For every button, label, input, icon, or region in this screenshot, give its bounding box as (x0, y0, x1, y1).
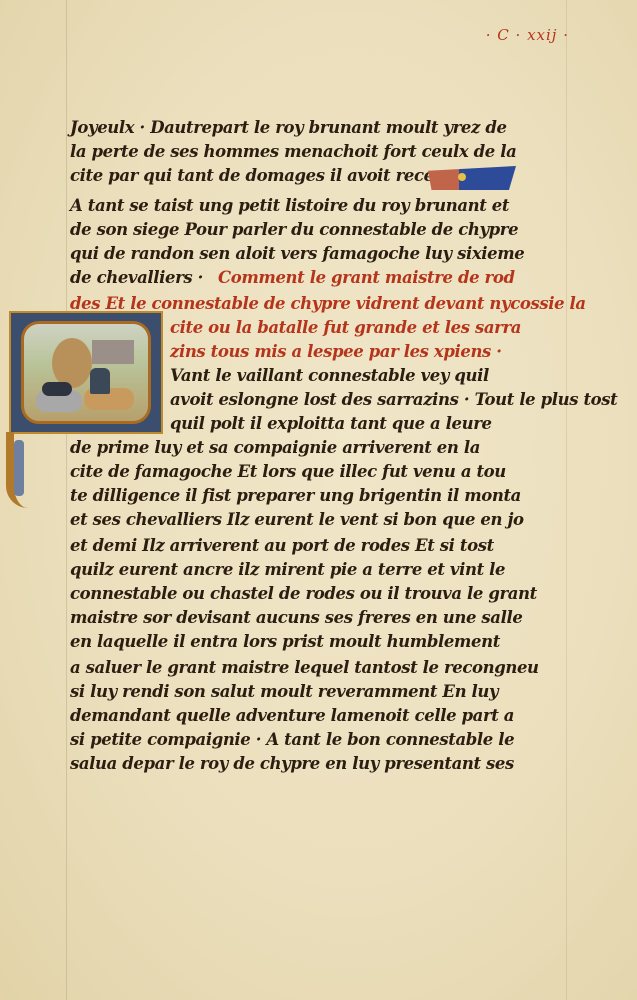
initial-flourish-blue (14, 440, 24, 496)
line-filler-dot (458, 173, 466, 181)
text-line: et ses chevalliers Ilz eurent le vent si… (70, 510, 524, 530)
initial-flourish-gold (6, 432, 46, 508)
historiated-initial (9, 311, 163, 434)
text-line: de son siege Pour parler du connestable … (70, 220, 518, 240)
text-line: connestable ou chastel de rodes ou il tr… (70, 584, 537, 604)
text-line: si petite compaignie · A tant le bon con… (70, 730, 514, 750)
tree-illustration (52, 338, 92, 388)
text-line: la perte de ses hommes menachoit fort ce… (70, 142, 516, 162)
text-line: si luy rendi son salut moult reveramment… (70, 682, 498, 702)
text-line: qui de randon sen aloit vers famagoche l… (70, 244, 524, 264)
miniature-scene (21, 321, 151, 424)
text-line: avoit eslongne lost des sarrazins · Tout… (170, 390, 617, 410)
text-line: A tant se taist ung petit listoire du ro… (70, 196, 509, 216)
walled-city-illustration (92, 340, 134, 364)
text-line: maistre sor devisant aucuns ses freres e… (70, 608, 522, 628)
text-line: te dilligence il fist preparer ung brige… (70, 486, 521, 506)
rubric-line: Comment le grant maistre de rod (218, 268, 515, 288)
text-line: en laquelle il entra lors prist moult hu… (70, 632, 500, 652)
baggage-illustration (42, 382, 72, 396)
text-line: quilz eurent ancre ilz mirent pie a terr… (70, 560, 505, 580)
text-line: Vant le vaillant connestable vey quil (170, 366, 489, 386)
text-column: Joyeulx · Dautrepart le roy brunant moul… (0, 0, 637, 1000)
rubric-line: cite ou la batalle fut grande et les sar… (170, 318, 521, 338)
text-line: de prime luy et sa compaignie arriverent… (70, 438, 480, 458)
rubric-line: zins tous mis a lespee par les xpiens · (170, 342, 502, 362)
text-line: Joyeulx · Dautrepart le roy brunant moul… (70, 118, 507, 138)
text-line: de chevalliers · (70, 268, 203, 288)
text-line: salua depar le roy de chypre en luy pres… (70, 754, 514, 774)
text-line: quil polt il exploitta tant que a leure (170, 414, 492, 434)
text-line: cite par qui tant de domages il avoit re… (70, 166, 465, 186)
text-line: demandant quelle adventure lamenoit cell… (70, 706, 514, 726)
rider-figure-illustration (90, 368, 110, 394)
text-line: a saluer le grant maistre lequel tantost… (70, 658, 539, 678)
text-line: et demi Ilz arriverent au port de rodes … (70, 536, 494, 556)
text-line: cite de famagoche Et lors que illec fut … (70, 462, 506, 482)
